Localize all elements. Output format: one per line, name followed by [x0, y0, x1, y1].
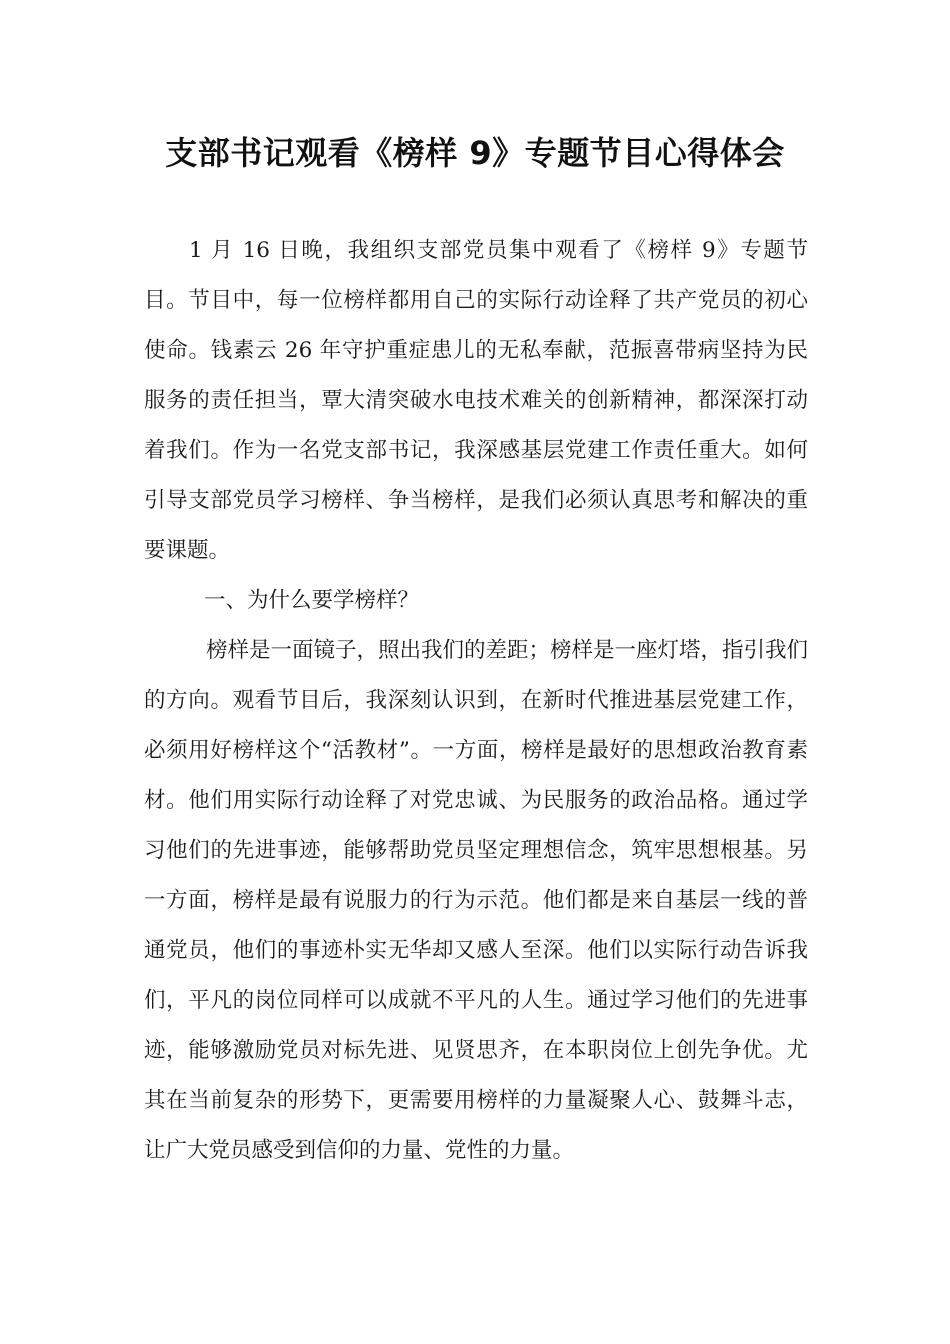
document-page: 支部书记观看《榜样 9》专题节目心得体会 1 月 16 日晚，我组织支部党员集中… [0, 0, 950, 1344]
paragraph-section-1: 榜样是一面镜子，照出我们的差距；榜样是一座灯塔，指引我们的方向。观看节目后，我深… [144, 626, 808, 1176]
section-heading-1: 一、为什么要学榜样？ [144, 576, 808, 626]
document-title: 支部书记观看《榜样 9》专题节目心得体会 [0, 128, 950, 178]
paragraph-intro: 1 月 16 日晚，我组织支部党员集中观看了《榜样 9》专题节目。节目中，每一位… [144, 226, 808, 576]
document-body: 1 月 16 日晚，我组织支部党员集中观看了《榜样 9》专题节目。节目中，每一位… [144, 226, 808, 1176]
